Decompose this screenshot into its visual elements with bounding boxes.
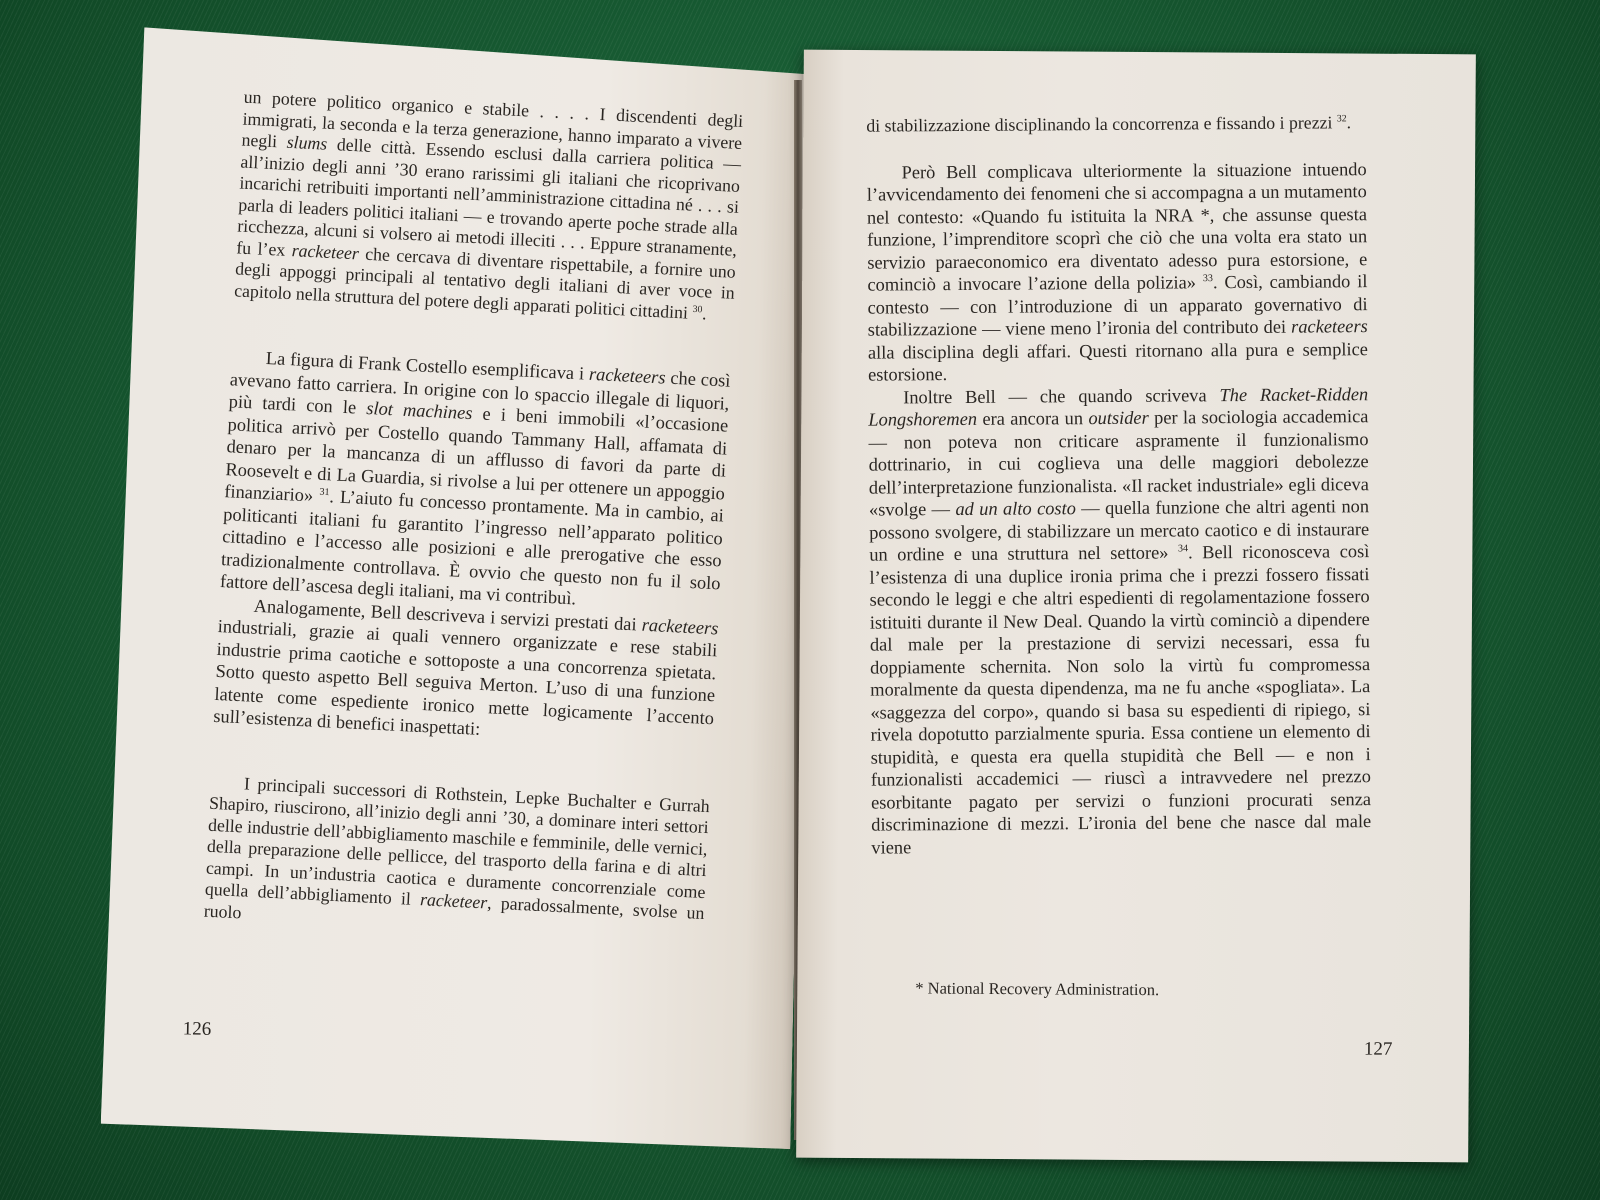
right-page-text: di stabilizzazione disciplinando la conc… bbox=[866, 112, 1371, 858]
italic-term: ad un alto costo bbox=[955, 498, 1076, 519]
right-page: di stabilizzazione disciplinando la conc… bbox=[796, 50, 1476, 1163]
page-number-right: 127 bbox=[1364, 1039, 1393, 1061]
italic-term: racketeers bbox=[1291, 316, 1368, 337]
italic-term: slums bbox=[286, 132, 327, 154]
italic-term: racketeers bbox=[589, 364, 666, 388]
paragraph-inoltre: Inoltre Bell — che quando scriveva The R… bbox=[868, 383, 1371, 859]
italic-term: racketeer bbox=[291, 240, 359, 263]
italic-term: outsider bbox=[1088, 408, 1148, 428]
italic-term: racketeers bbox=[641, 614, 718, 638]
footnote-ref: 32 bbox=[1337, 113, 1347, 124]
footnote-ref: 34 bbox=[1178, 543, 1188, 554]
quote-continuation: di stabilizzazione disciplinando la conc… bbox=[866, 112, 1366, 137]
quote-block-2: I principali successori di Rothstein, Le… bbox=[203, 771, 710, 946]
paragraph-costello: La figura di Frank Costello esemplificav… bbox=[219, 345, 730, 617]
footnote-ref: 33 bbox=[1203, 273, 1213, 284]
quote-block-1: un potere politico organico e stabile . … bbox=[234, 87, 744, 326]
paragraph-analogamente: Analogamente, Bell descriveva i servizi … bbox=[213, 593, 719, 752]
footnote-nra: * National Recovery Administration. bbox=[915, 978, 1159, 1000]
footnote-ref: 31 bbox=[319, 487, 330, 498]
footnote-ref: 30 bbox=[692, 303, 702, 314]
italic-term: racketeer bbox=[420, 889, 488, 912]
italic-term: slot machines bbox=[366, 398, 473, 423]
open-book: un potere politico organico e stabile . … bbox=[0, 0, 1600, 1200]
left-page: un potere politico organico e stabile . … bbox=[100, 27, 813, 1149]
paragraph-pero: Però Bell complicava ulteriormente la si… bbox=[867, 158, 1369, 386]
left-page-text: un potere politico organico e stabile . … bbox=[203, 87, 743, 946]
page-number-left: 126 bbox=[182, 1018, 211, 1041]
